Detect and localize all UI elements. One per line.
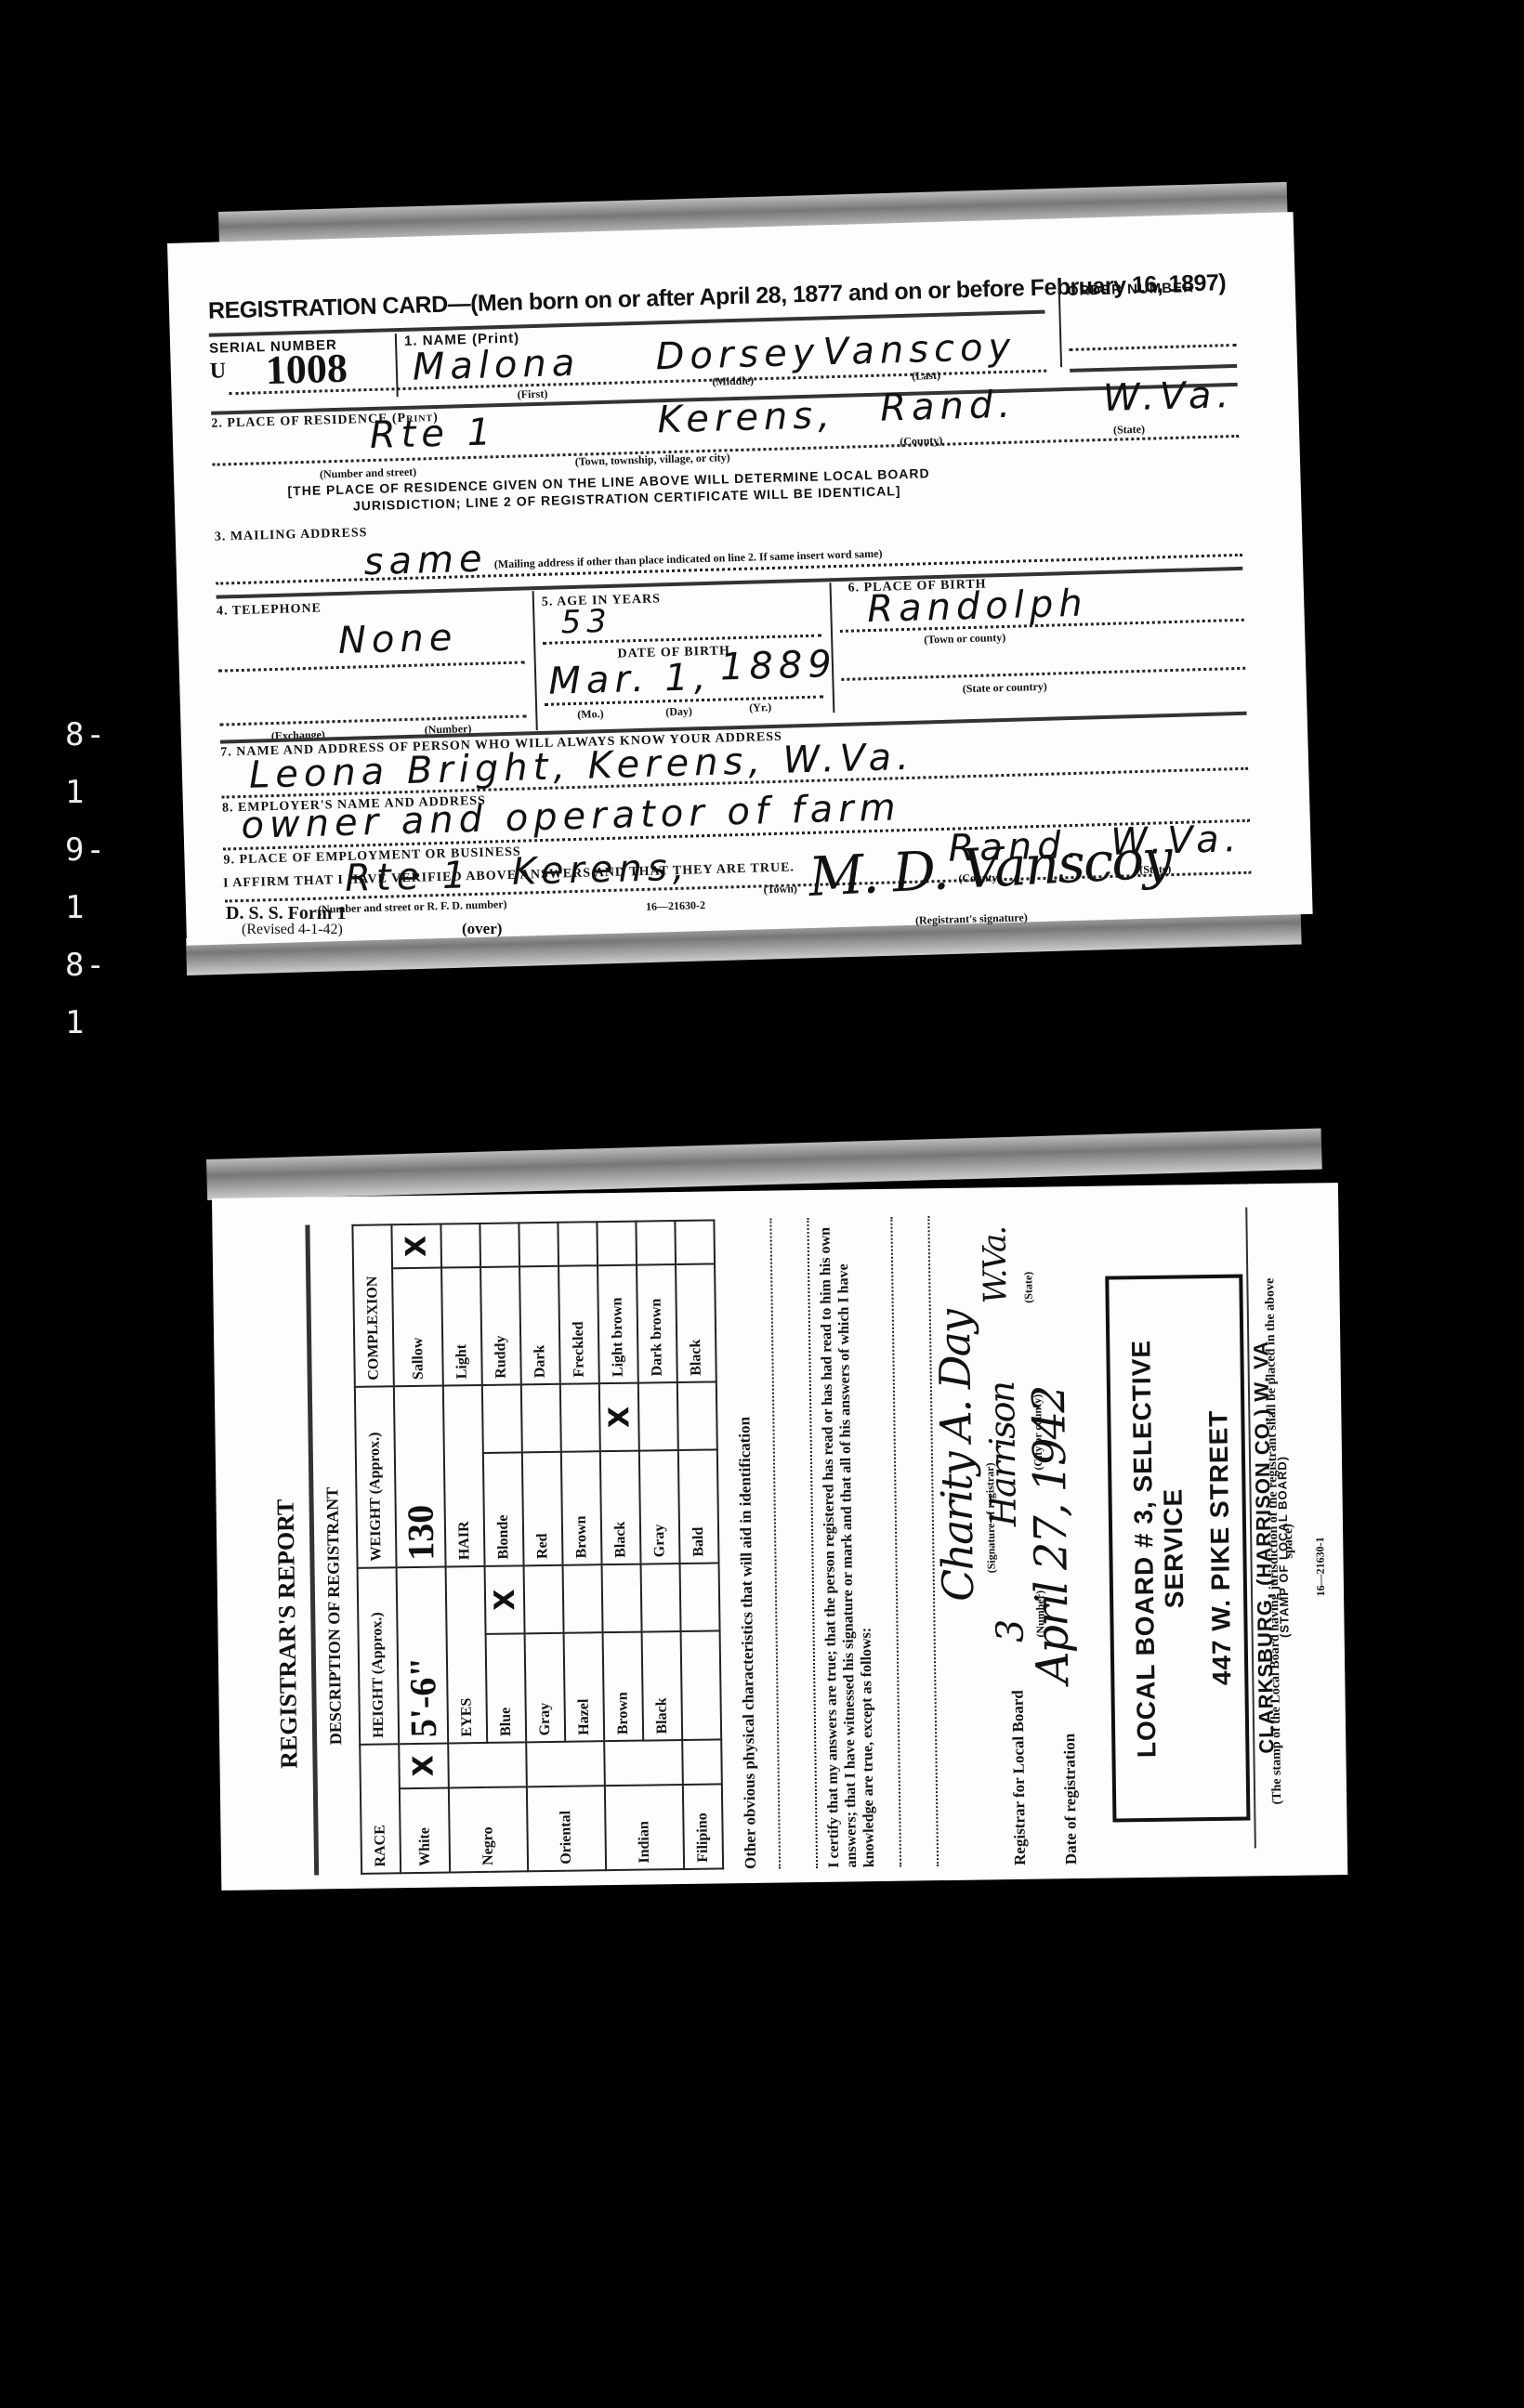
hair-blonde-mark [482, 1384, 522, 1453]
eyes-blue: Blue [486, 1633, 527, 1743]
residence-county: Rand. [880, 384, 1017, 430]
name-middle: Dorsey [655, 331, 821, 378]
dob-month: Mar. [548, 658, 650, 703]
race-white-mark: X [399, 1744, 449, 1788]
complexion-ruddy-mark [480, 1223, 519, 1267]
registration-date: April 27, 1942 [1023, 1386, 1079, 1684]
local-board-state: W.Va. [977, 1227, 1015, 1304]
residence-street: Rte 1 [369, 411, 496, 457]
race-indian-mark [604, 1740, 683, 1785]
certify-text: I certify that my answers are true; that… [816, 1217, 878, 1868]
complexion-light-brown-mark [597, 1222, 637, 1266]
hair-bald: Bald [678, 1450, 719, 1564]
complexion-light-mark [440, 1224, 480, 1268]
registrar-for-label: Registrar for Local Board [1008, 1690, 1030, 1865]
race-negro: Negro [449, 1786, 528, 1873]
mailing-label: 3. MAILING ADDRESS [215, 526, 368, 545]
frame-mark: 9-1 [65, 821, 121, 936]
caption: (Yr.) [749, 700, 771, 715]
stamp-line-1: LOCAL BOARD # 3, SELECTIVE SERVICE [1125, 1278, 1192, 1818]
print-code-back: 16—21630-1 [1313, 1537, 1328, 1596]
eyes-hazel: Hazel [564, 1632, 605, 1742]
eyes-blue-mark: X [485, 1565, 525, 1633]
complexion-ruddy: Ruddy [480, 1267, 521, 1385]
eyes-gray: Gray [525, 1633, 566, 1743]
caption: (Town or county) [924, 631, 1005, 647]
race-filipino: Filipino [683, 1784, 723, 1869]
hair-blonde: Blonde [483, 1452, 524, 1565]
residence-town: Kerens, [657, 394, 836, 441]
frame-mark: 8-1 [65, 936, 121, 1052]
hair-gray-mark [638, 1382, 678, 1451]
registrars-report-title: REGISTRAR'S REPORT [272, 1499, 304, 1770]
height-value: 5'-6" [397, 1566, 449, 1744]
name-last: Vanscoy [822, 326, 1017, 374]
print-code: 16—21630-2 [646, 898, 705, 914]
race-white: White [400, 1787, 450, 1873]
serial-number: 1008 [265, 345, 348, 394]
race-filipino-mark [682, 1740, 722, 1785]
caption: (Middle) [712, 373, 754, 388]
local-board-stamp: LOCAL BOARD # 3, SELECTIVE SERVICE 447 W… [1105, 1275, 1250, 1823]
form-revised: (Revised 4-1-42) [242, 922, 343, 938]
complexion-dark-brown-mark [636, 1221, 676, 1265]
complexion-dark-brown: Dark brown [637, 1264, 677, 1382]
caption: (Day) [665, 704, 692, 719]
hair-red: Red [522, 1452, 563, 1565]
complexion-freckled: Freckled [558, 1266, 599, 1384]
hair-gray: Gray [639, 1450, 680, 1564]
race-negro-mark [448, 1743, 527, 1787]
hair-bald-mark [677, 1382, 717, 1451]
local-board-county: Harrison [981, 1382, 1024, 1527]
complexion-dark-mark [519, 1223, 558, 1267]
age-value: 53 [560, 603, 612, 642]
other-characteristics: Other obvious physical characteristics t… [735, 1417, 760, 1869]
hair-black: Black [600, 1451, 641, 1564]
hair-brown-mark [560, 1383, 600, 1452]
race-oriental: Oriental [527, 1786, 606, 1872]
caption: (Number and street) [320, 465, 417, 482]
caption: (State or country) [963, 680, 1047, 697]
complexion-light-brown: Light brown [598, 1265, 638, 1383]
caption: (State) [1021, 1272, 1035, 1303]
caption: (First) [517, 387, 547, 402]
caption: (State) [1113, 423, 1145, 438]
hair-black-mark: X [599, 1383, 639, 1452]
race-oriental-mark [526, 1741, 605, 1786]
complexion-sallow-mark: X [391, 1224, 441, 1269]
eyes-gray-mark [524, 1565, 564, 1633]
dob-day: 1, [664, 656, 712, 700]
stamp-line-2: 447 W. PIKE STREET [1202, 1278, 1239, 1817]
name-first: Malona [412, 342, 581, 389]
hair-brown: Brown [561, 1451, 602, 1564]
telephone-value: None [337, 616, 458, 662]
description-subtitle: DESCRIPTION OF REGISTRANT [322, 1487, 346, 1746]
race-header: RACE [360, 1745, 401, 1874]
caption: (Last) [912, 369, 940, 384]
dob-year: 1889 [719, 643, 837, 688]
eyes-brown-mark [602, 1564, 642, 1632]
residence-state: W.Va. [1102, 373, 1234, 420]
complexion-freckled-mark [558, 1222, 598, 1266]
caption: (Town, township, village, or city) [575, 451, 730, 469]
complexion-black-mark [675, 1220, 715, 1264]
eyes-black-mark [641, 1564, 681, 1631]
frame-mark: 8-1 [65, 706, 121, 821]
eyes-black: Black [642, 1631, 683, 1741]
complexion-sallow: Sallow [392, 1268, 443, 1386]
description-table: RACE HEIGHT (Approx.) WEIGHT (Approx.) C… [351, 1219, 724, 1874]
race-indian: Indian [605, 1785, 684, 1871]
complexion-header: COMPLEXION [352, 1224, 393, 1387]
date-label: Date of registration [1060, 1734, 1081, 1865]
eyes-hazel-mark [563, 1564, 603, 1632]
caption: (Number and street or R. F. D. number) [318, 897, 507, 917]
eyes-header: EYES [446, 1566, 488, 1744]
registrar-signature: Charity A. Day [929, 1311, 983, 1603]
weight-value: 130 [394, 1386, 446, 1568]
hair-red-mark [521, 1384, 561, 1453]
telephone-label: 4. TELEPHONE [217, 602, 322, 620]
caption: (Town) [763, 882, 797, 896]
complexion-black: Black [676, 1264, 716, 1382]
complexion-light: Light [441, 1267, 482, 1385]
eyes-brown: Brown [603, 1631, 644, 1741]
caption: (Mo.) [577, 707, 604, 722]
caption: (County) [900, 434, 942, 449]
over-note: (over) [462, 920, 502, 938]
weight-header: WEIGHT (Approx.) [355, 1386, 397, 1567]
serial-prefix: U [210, 359, 227, 384]
film-frame-marks: 8-1 9-1 8-1 [65, 706, 121, 1052]
complexion-dark: Dark [519, 1266, 560, 1384]
hair-header: HAIR [443, 1385, 485, 1566]
height-header: HEIGHT (Approx.) [358, 1567, 400, 1745]
registration-card-back: REGISTRAR'S REPORT DESCRIPTION OF REGIST… [212, 1183, 1347, 1891]
